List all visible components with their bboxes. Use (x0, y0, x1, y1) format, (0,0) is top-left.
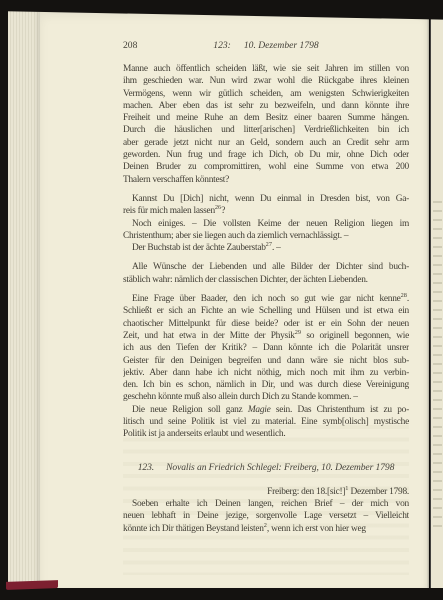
text-line: ihm geschieden war. Nun wird zwar wohl d… (123, 75, 409, 87)
text-line: aber gerade jetzt nicht nur an Geld, son… (123, 137, 409, 149)
scan-background-left (0, 0, 8, 600)
text-line: geworden. Nun frug und frage ich Dich, o… (123, 149, 409, 161)
paragraph: Der Buchstab ist der ächte Zauberstab27.… (123, 242, 409, 254)
running-head-number: 123: (213, 40, 231, 51)
stacked-page-edges (8, 8, 42, 589)
text-line: Der Buchstab ist der ächte Zauberstab27.… (123, 242, 409, 254)
text-line: Zeit, und hat etwa in der Mitte der Phys… (123, 330, 409, 342)
page-header: 208 123:10. Dezember 1798 (123, 40, 409, 53)
paragraph: Kannst Du [Dich] nicht, wenn Du einmal i… (123, 193, 409, 218)
text-line: Vermögens, wenn wir gütlich scheiden, am… (123, 88, 409, 100)
text-line: jektiv. Aber dann habe ich nicht nöthig,… (123, 367, 409, 379)
text-line: ich aus den Tiefen der Kritik? – Dann kö… (123, 342, 409, 354)
text-line: Alle Wünsche der Liebenden und alle Bild… (123, 261, 409, 273)
facing-page-edge (431, 16, 443, 589)
text-line: Christenthum; aber sie liegen auch da zi… (123, 230, 409, 242)
text-line: Schließt er sich an Fichte an wie Schell… (123, 305, 409, 317)
text-line: Geister für den Deinigen begreifen und d… (123, 355, 409, 367)
text-line: Durch die häuslichen und litter[arischen… (123, 124, 409, 136)
text-line: reis für mich malen lassen26? (123, 205, 409, 217)
facing-page-text-blur (433, 201, 442, 531)
text-line: Noch einiges. – Die vollsten Keime der n… (123, 218, 409, 230)
letter-122-body: Manne auch öffentlich scheiden läßt, wie… (123, 63, 409, 441)
text-line: Eine Frage über Baader, den ich noch so … (123, 293, 409, 305)
text-line: geschehn könnte muß also allein durch Di… (123, 391, 409, 403)
text-line: chaotischer Mittelpunkt für diese beide?… (123, 318, 409, 330)
running-head-title: 10. Dezember 1798 (244, 40, 319, 51)
text-line: Manne auch öffentlich scheiden läßt, wie… (123, 63, 409, 75)
book-scan: 208 123:10. Dezember 1798 Manne auch öff… (0, 0, 443, 600)
text-line: Die neue Religion soll ganz Magie sein. … (123, 404, 409, 416)
text-line: machen. Aber eben das ist sehr zu bezwei… (123, 100, 409, 112)
paragraph: Noch einiges. – Die vollsten Keime der n… (123, 218, 409, 243)
paragraph: Manne auch öffentlich scheiden läßt, wie… (123, 63, 409, 186)
reverse-side-showthrough (123, 425, 409, 575)
paragraph: Alle Wünsche der Liebenden und alle Bild… (123, 261, 409, 286)
text-line: Deinen Bruder zu compromittiren, wohl ei… (123, 161, 409, 173)
text-line: stäblich wahr: nämlich der classischen D… (123, 274, 409, 286)
text-line: Freiheit und meine Ruhe an dem Besitz ei… (123, 112, 409, 124)
text-line: den. Ich bin es schon, nämlich in Dir, u… (123, 379, 409, 391)
paragraph: Eine Frage über Baader, den ich noch so … (123, 293, 409, 404)
running-head: 123:10. Dezember 1798 (123, 40, 409, 51)
scan-background-bottom (0, 588, 443, 600)
book-page: 208 123:10. Dezember 1798 Manne auch öff… (40, 10, 429, 589)
text-line: Kannst Du [Dich] nicht, wenn Du einmal i… (123, 193, 409, 205)
text-line: Thalern verschaffen könntest? (123, 174, 409, 186)
